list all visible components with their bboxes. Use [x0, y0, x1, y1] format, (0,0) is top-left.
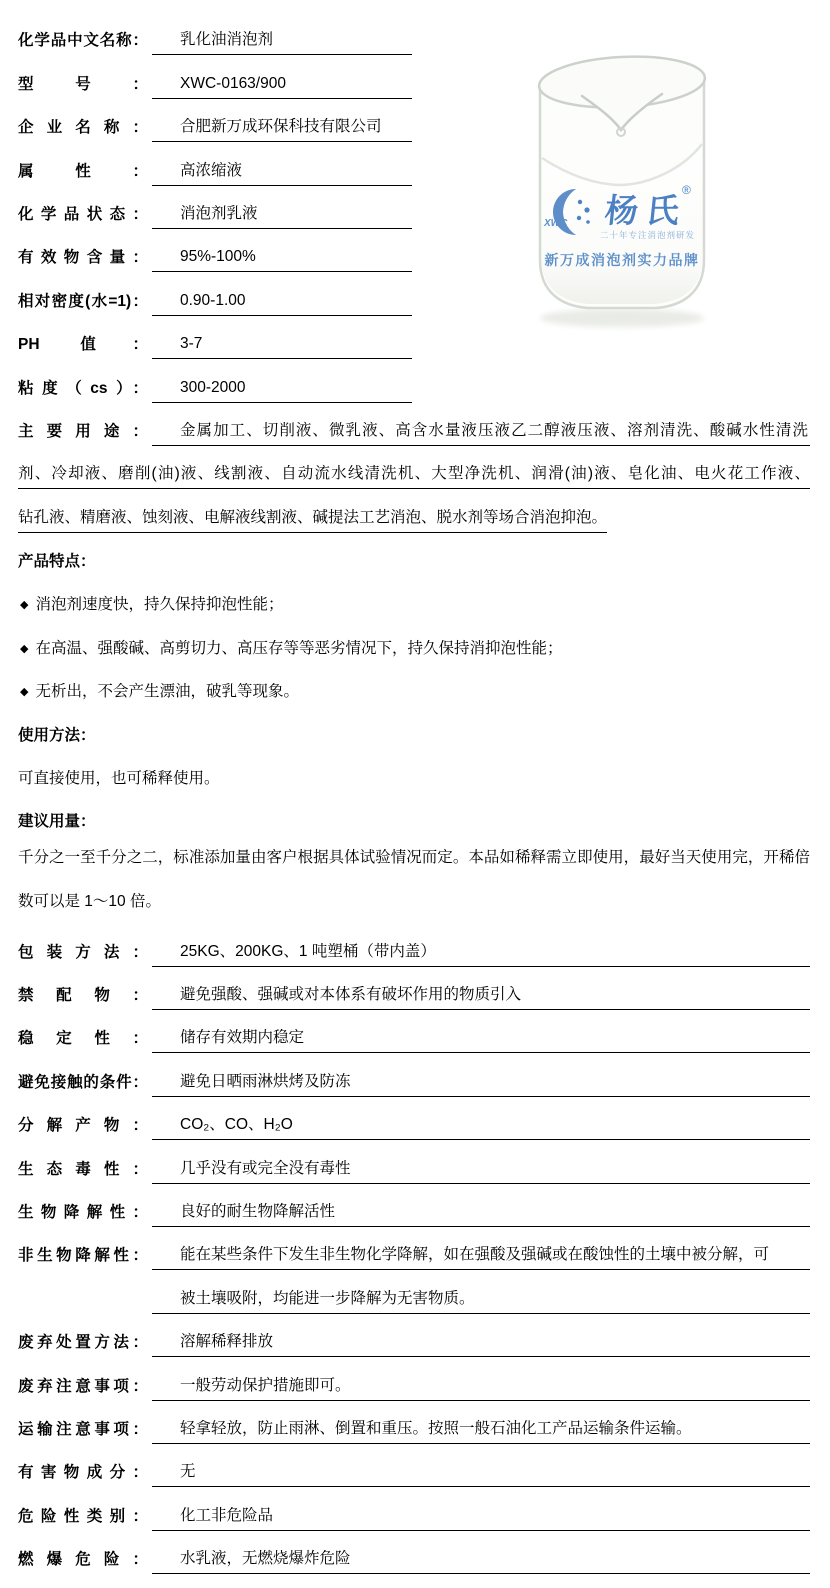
field-value: 能在某些条件下发生非生物化学降解，如在强酸及强碱或在酸蚀性的土壤中被分解，可: [152, 1242, 810, 1270]
field-value: 合肥新万成环保科技有限公司: [152, 114, 412, 142]
field-value-line3: 钻孔液、精磨液、蚀刻液、电解液线割液、碱提法工艺消泡、脱水剂等场合消泡抑泡。: [18, 505, 607, 533]
field-row-density: 相对密度(水=1)： 0.90-1.00: [18, 272, 412, 315]
feature-text: 在高温、强酸碱、高剪切力、高压存等等恶劣情况下，持久保持消抑泡性能；: [35, 636, 562, 663]
method-heading: 使用方法：: [18, 706, 810, 749]
field-label: 非生物降解性：: [18, 1243, 148, 1270]
field-row-abiotic-degradability-cont: 被土壤吸附，均能进一步降解为无害物质。: [18, 1270, 810, 1313]
field-value: 3-7: [152, 335, 412, 359]
field-row-transport-precautions: 运输注意事项： 轻拿轻放，防止雨淋、倒置和重压。按照一般石油化工产品运输条件运输…: [18, 1401, 810, 1444]
beaker-image: XWC 杨氏 ® 二十年专注消泡剂研发 新万成消泡剂实力品牌: [530, 50, 720, 340]
field-row-disposal-precautions: 废弃注意事项： 一般劳动保护措施即可。: [18, 1357, 810, 1400]
field-label: 避免接触的条件：: [18, 1070, 148, 1097]
field-value: 300-2000: [152, 379, 412, 403]
field-row-main-uses: 主要用途： 金属加工、切削液、微乳液、高含水量液压液乙二醇液压液、溶剂清洗、酸碱…: [18, 403, 810, 446]
field-row-fire-explosion-hazard: 燃爆危险： 水乳液，无燃烧爆炸危险: [18, 1531, 810, 1574]
field-value: 乳化油消泡剂: [152, 27, 412, 55]
field-row-eco-toxicity: 生态毒性： 几乎没有或完全没有毒性: [18, 1140, 810, 1183]
field-row-model: 型号： XWC-0163/900: [18, 55, 412, 98]
field-row-hazard-class: 危险性类别： 化工非危险品: [18, 1487, 810, 1530]
field-value: 轻拿轻放，防止雨淋、倒置和重压。按照一般石油化工产品运输条件运输。: [152, 1416, 810, 1444]
feature-text: 无析出，不会产生漂油，破乳等现象。: [35, 679, 299, 706]
field-value: 避免强酸、强碱或对本体系有破坏作用的物质引入: [152, 982, 810, 1010]
field-row-stability: 稳定性： 储存有效期内稳定: [18, 1010, 810, 1053]
field-label: 有害物成分：: [18, 1460, 148, 1487]
field-row-disposal-method: 废弃处置方法： 溶解稀释排放: [18, 1314, 810, 1357]
field-row-hazardous-components: 有害物成分： 无: [18, 1444, 810, 1487]
field-label: 包装方法：: [18, 940, 148, 967]
field-value-line1: 金属加工、切削液、微乳液、高含水量液压液乙二醇液压液、溶剂清洗、酸碱水性清洗: [152, 418, 810, 446]
field-row-state: 化学品状态： 消泡剂乳液: [18, 186, 412, 229]
field-label: 粘度（cs）：: [18, 376, 148, 403]
field-row-packaging: 包装方法： 25KG、200KG、1 吨塑桶（带内盖）: [18, 923, 810, 966]
field-label: 废弃处置方法：: [18, 1330, 148, 1357]
field-value: 消泡剂乳液: [152, 201, 412, 229]
field-value: 一般劳动保护措施即可。: [152, 1373, 810, 1401]
product-photo: XWC 杨氏 ® 二十年专注消泡剂研发 新万成消泡剂实力品牌: [530, 50, 720, 340]
field-value: CO₂、CO、H₂O: [152, 1112, 810, 1140]
field-value: XWC-0163/900: [152, 75, 412, 99]
field-row-incompatibles: 禁配物： 避免强酸、强碱或对本体系有破坏作用的物质引入: [18, 967, 810, 1010]
method-text: 可直接使用，也可稀释使用。: [18, 750, 810, 793]
field-label: 化学品中文名称：: [18, 28, 148, 55]
field-label: 生态毒性：: [18, 1157, 148, 1184]
dosage-heading: 建议用量：: [18, 793, 810, 836]
field-label: 废弃注意事项：: [18, 1374, 148, 1401]
feature-item: ◆ 无析出，不会产生漂油，破乳等现象。: [18, 663, 810, 706]
brand-tagline-small: 二十年专注消泡剂研发: [600, 230, 695, 240]
field-row-active-content: 有效物含量： 95%-100%: [18, 229, 412, 272]
features-heading: 产品特点：: [18, 533, 810, 576]
main-uses-line2: 剂、冷却液、磨削(油)液、线割液、自动流水线清洗机、大型净洗机、润滑(油)液、皂…: [18, 446, 810, 489]
feature-item: ◆ 在高温、强酸碱、高剪切力、高压存等等恶劣情况下，持久保持消抑泡性能；: [18, 619, 810, 662]
field-row-property: 属性： 高浓缩液: [18, 142, 412, 185]
field-value: 无: [152, 1459, 810, 1487]
field-label: 危险性类别：: [18, 1504, 148, 1531]
field-label: 化学品状态：: [18, 202, 148, 229]
field-row-company: 企业名称： 合肥新万成环保科技有限公司: [18, 99, 412, 142]
field-value: 25KG、200KG、1 吨塑桶（带内盖）: [152, 939, 810, 967]
field-row-abiotic-degradability: 非生物降解性： 能在某些条件下发生非生物化学降解，如在强酸及强碱或在酸蚀性的土壤…: [18, 1227, 810, 1270]
field-value: 0.90-1.00: [152, 292, 412, 316]
field-value: 95%-100%: [152, 248, 412, 272]
field-label: 稳定性：: [18, 1026, 148, 1053]
beaker-shadow: [540, 309, 704, 327]
bottom-fields-section: 包装方法： 25KG、200KG、1 吨塑桶（带内盖） 禁配物： 避免强酸、强碱…: [18, 923, 810, 1574]
field-row-viscosity: 粘度（cs）： 300-2000: [18, 359, 412, 402]
field-value: 储存有效期内稳定: [152, 1025, 810, 1053]
field-label: 分解产物：: [18, 1113, 148, 1140]
dosage-text: 千分之一至千分之二，标准添加量由客户根据具体试验情况而定。本品如稀释需立即使用，…: [18, 836, 810, 923]
field-label: 有效物含量：: [18, 245, 148, 272]
field-value: 良好的耐生物降解活性: [152, 1199, 810, 1227]
field-label: 相对密度(水=1)：: [18, 289, 148, 316]
field-row-conditions-to-avoid: 避免接触的条件： 避免日晒雨淋烘烤及防冻: [18, 1053, 810, 1096]
field-value: 水乳液，无燃烧爆炸危险: [152, 1546, 810, 1574]
field-label: 属性：: [18, 159, 148, 186]
field-value-continued: 被土壤吸附，均能进一步降解为无害物质。: [152, 1286, 810, 1314]
brand-name: 杨氏: [603, 193, 689, 230]
field-row-decomposition-products: 分解产物： CO₂、CO、H₂O: [18, 1097, 810, 1140]
diamond-bullet-icon: ◆: [18, 642, 35, 663]
field-value-line2: 剂、冷却液、磨削(油)液、线割液、自动流水线清洗机、大型净洗机、润滑(油)液、皂…: [18, 461, 810, 489]
field-label: 燃爆危险：: [18, 1547, 148, 1574]
field-value: 溶解稀释排放: [152, 1329, 810, 1357]
field-value: 几乎没有或完全没有毒性: [152, 1156, 810, 1184]
brand-logo: XWC 杨氏 ® 二十年专注消泡剂研发 新万成消泡剂实力品牌: [543, 183, 700, 268]
brand-initials: XWC: [543, 218, 568, 229]
spec-fields-column: 化学品中文名称： 乳化油消泡剂 型号： XWC-0163/900 企业名称： 合…: [18, 12, 412, 403]
brand-tagline-main: 新万成消泡剂实力品牌: [545, 252, 700, 268]
field-label: 主要用途：: [18, 419, 148, 446]
main-uses-block: 主要用途： 金属加工、切削液、微乳液、高含水量液压液乙二醇液压液、溶剂清洗、酸碱…: [18, 403, 810, 533]
field-value: 避免日晒雨淋烘烤及防冻: [152, 1069, 810, 1097]
main-uses-line3: 钻孔液、精磨液、蚀刻液、电解液线割液、碱提法工艺消泡、脱水剂等场合消泡抑泡。: [18, 489, 810, 532]
registered-mark-icon: ®: [682, 183, 691, 197]
field-label: 运输注意事项：: [18, 1417, 148, 1444]
field-row-chemical-name: 化学品中文名称： 乳化油消泡剂: [18, 12, 412, 55]
feature-text: 消泡剂速度快，持久保持抑泡性能；: [35, 592, 283, 619]
feature-item: ◆ 消泡剂速度快，持久保持抑泡性能；: [18, 576, 810, 619]
diamond-bullet-icon: ◆: [18, 685, 35, 706]
field-label: PH 值：: [18, 332, 148, 359]
field-label: 企业名称：: [18, 115, 148, 142]
field-row-biodegradability: 生物降解性： 良好的耐生物降解活性: [18, 1184, 810, 1227]
diamond-bullet-icon: ◆: [18, 598, 35, 619]
field-row-ph: PH 值： 3-7: [18, 316, 412, 359]
field-label: 型号：: [18, 72, 148, 99]
top-section: 化学品中文名称： 乳化油消泡剂 型号： XWC-0163/900 企业名称： 合…: [18, 12, 810, 403]
field-label: 禁配物：: [18, 983, 148, 1010]
field-label: 生物降解性：: [18, 1200, 148, 1227]
field-value: 化工非危险品: [152, 1503, 810, 1531]
product-datasheet: 化学品中文名称： 乳化油消泡剂 型号： XWC-0163/900 企业名称： 合…: [0, 0, 830, 1574]
field-value: 高浓缩液: [152, 158, 412, 186]
